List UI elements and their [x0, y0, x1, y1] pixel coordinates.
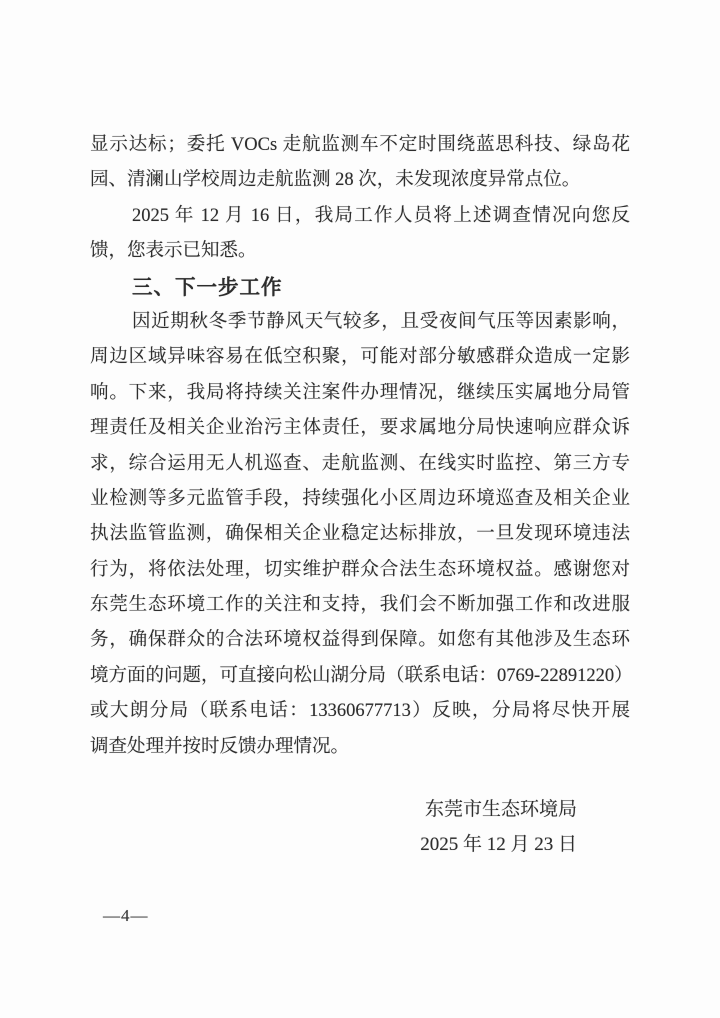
body-line: 东莞生态环境工作的关注和支持，我们会不断加强工作和改进服: [90, 588, 630, 623]
body-line: 业检测等多元监管手段，持续强化小区周边环境巡查及相关企业: [90, 482, 630, 517]
section-heading: 三、下一步工作: [90, 270, 630, 305]
signature-date: 2025 年 12 月 23 日: [90, 833, 630, 857]
signature-organization: 东莞市生态环境局: [90, 798, 630, 822]
scanned-document-page: 显示达标；委托 VOCs 走航监测车不定时围绕蓝思科技、绿岛花 园、清澜山学校周…: [0, 0, 720, 1018]
body-line: 2025 年 12 月 16 日，我局工作人员将上述调查情况向您反: [90, 199, 630, 234]
body-line: 执法监管监测，确保相关企业稳定达标排放，一旦发现环境违法: [90, 517, 630, 552]
body-line: 行为，将依法处理，切实维护群众合法生态环境权益。感谢您对: [90, 553, 630, 588]
body-line: 显示达标；委托 VOCs 走航监测车不定时围绕蓝思科技、绿岛花: [90, 128, 630, 163]
body-line: 求，综合运用无人机巡查、走航监测、在线实时监控、第三方专: [90, 447, 630, 482]
body-line: 调查处理并按时反馈办理情况。: [90, 730, 630, 765]
body-line: 理责任及相关企业治污主体责任，要求属地分局快速响应群众诉: [90, 411, 630, 446]
body-line: 园、清澜山学校周边走航监测 28 次，未发现浓度异常点位。: [90, 163, 630, 198]
body-line: 境方面的问题，可直接向松山湖分局（联系电话：0769-22891220）: [90, 659, 630, 694]
page-number: —4—: [103, 906, 149, 926]
body-line: 响。下来，我局将持续关注案件办理情况，继续压实属地分局管: [90, 376, 630, 411]
document-body: 显示达标；委托 VOCs 走航监测车不定时围绕蓝思科技、绿岛花 园、清澜山学校周…: [90, 128, 630, 765]
body-line: 务，确保群众的合法环境权益得到保障。如您有其他涉及生态环: [90, 623, 630, 658]
body-line: 因近期秋冬季节静风天气较多，且受夜间气压等因素影响，: [90, 305, 630, 340]
body-line: 或大朗分局（联系电话：13360677713）反映，分局将尽快开展: [90, 694, 630, 729]
body-line: 周边区域异味容易在低空积聚，可能对部分敏感群众造成一定影: [90, 340, 630, 375]
body-line: 馈，您表示已知悉。: [90, 234, 630, 269]
